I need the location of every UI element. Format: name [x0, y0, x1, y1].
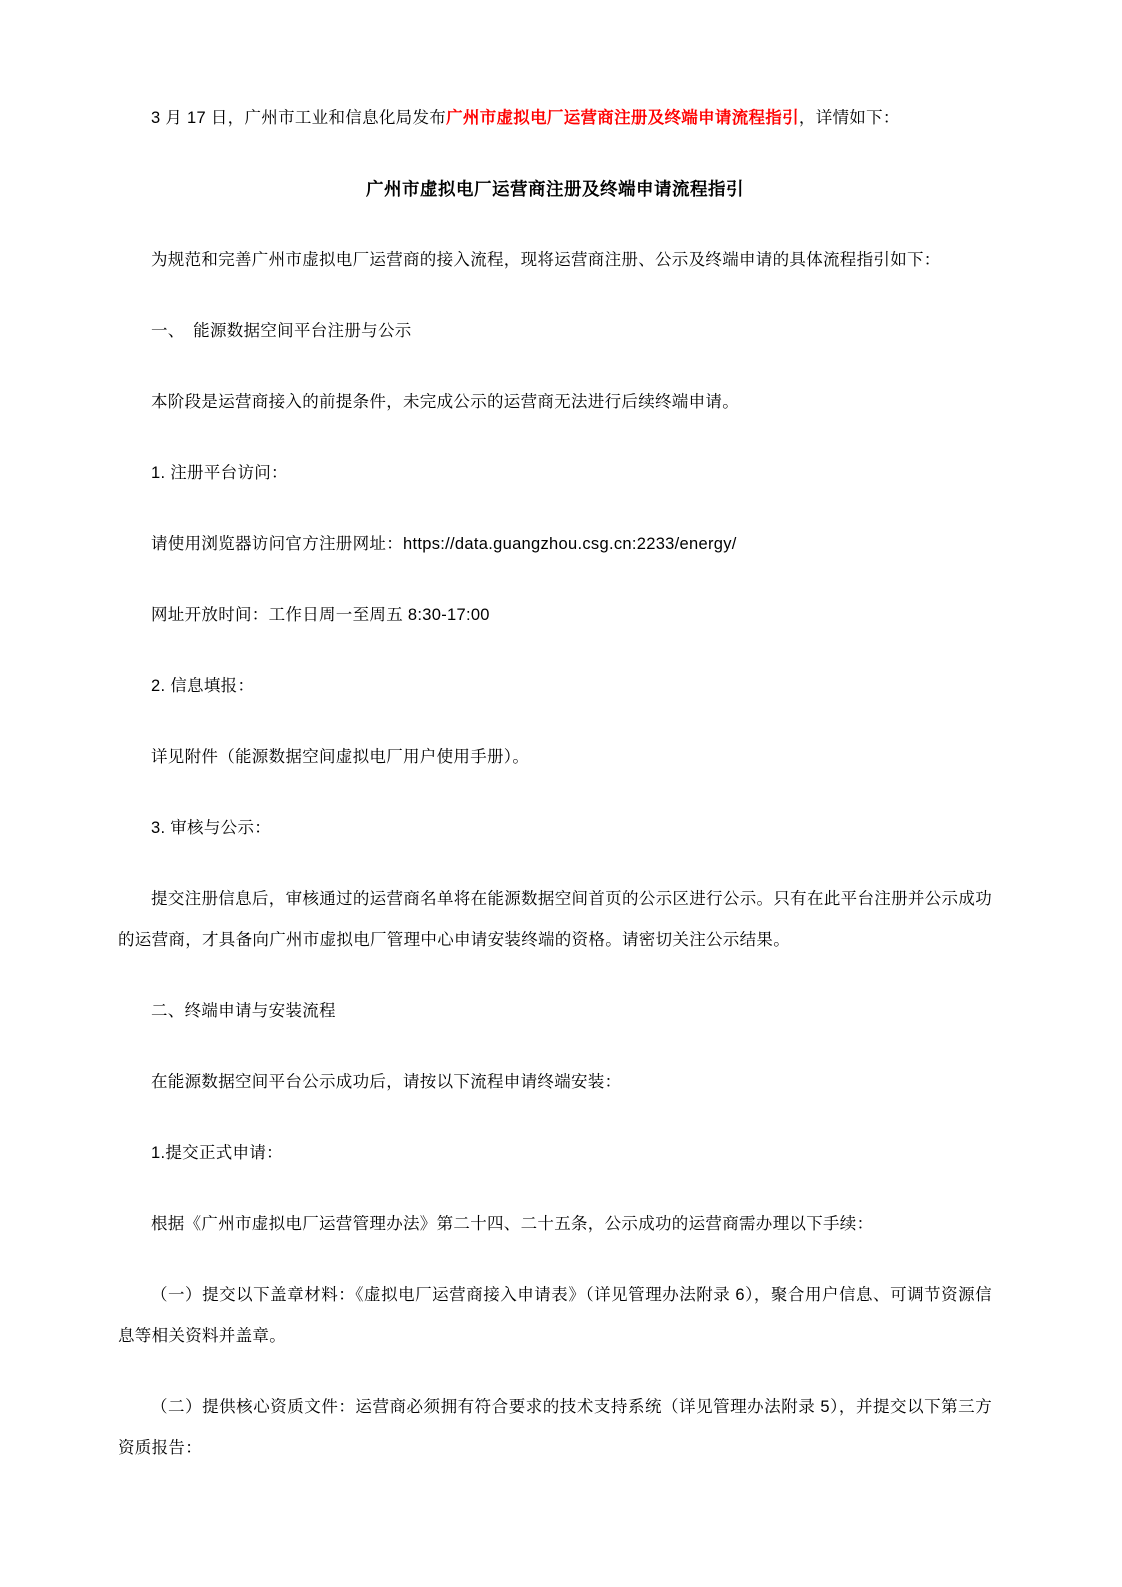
item-3-review-publicity: 3. 审核与公示： [118, 808, 992, 849]
section-1-heading: 一、 能源数据空间平台注册与公示 [118, 311, 992, 352]
item-1-register-access: 1. 注册平台访问： [118, 453, 992, 494]
intro-text-before: 3 月 17 日，广州市工业和信息化局发布 [151, 109, 446, 127]
document-title: 广州市虚拟电厂运营商注册及终端申请流程指引 [118, 169, 992, 210]
para-stamped-materials: （一）提交以下盖章材料：《虚拟电厂运营商接入申请表》（详见管理办法附录 6），聚… [118, 1275, 992, 1357]
para-section1-intro: 本阶段是运营商接入的前提条件，未完成公示的运营商无法进行后续终端申请。 [118, 382, 992, 423]
para-open-hours: 网址开放时间：工作日周一至周五 8:30-17:00 [118, 595, 992, 636]
intro-text-after: ，详情如下： [799, 109, 900, 127]
para-publicity-detail: 提交注册信息后，审核通过的运营商名单将在能源数据空间首页的公示区进行公示。只有在… [118, 879, 992, 961]
item-1-formal-application: 1.提交正式申请： [118, 1133, 992, 1174]
intro-highlight-title: 广州市虚拟电厂运营商注册及终端申请流程指引 [446, 109, 799, 127]
para-regulation-basis: 根据《广州市虚拟电厂运营管理办法》第二十四、二十五条，公示成功的运营商需办理以下… [118, 1204, 992, 1245]
section-2-heading: 二、终端申请与安装流程 [118, 991, 992, 1032]
document-page: 3 月 17 日，广州市工业和信息化局发布广州市虚拟电厂运营商注册及终端申请流程… [0, 0, 1122, 1587]
item-2-info-filling: 2. 信息填报： [118, 666, 992, 707]
para-register-url: 请使用浏览器访问官方注册网址：https://data.guangzhou.cs… [118, 524, 992, 565]
para-qualification-files: （二）提供核心资质文件：运营商必须拥有符合要求的技术支持系统（详见管理办法附录 … [118, 1387, 992, 1469]
para-see-attachment: 详见附件（能源数据空间虚拟电厂用户使用手册）。 [118, 737, 992, 778]
para-section2-intro: 在能源数据空间平台公示成功后，请按以下流程申请终端安装： [118, 1062, 992, 1103]
para-purpose: 为规范和完善广州市虚拟电厂运营商的接入流程，现将运营商注册、公示及终端申请的具体… [118, 240, 992, 281]
intro-paragraph: 3 月 17 日，广州市工业和信息化局发布广州市虚拟电厂运营商注册及终端申请流程… [118, 98, 992, 139]
